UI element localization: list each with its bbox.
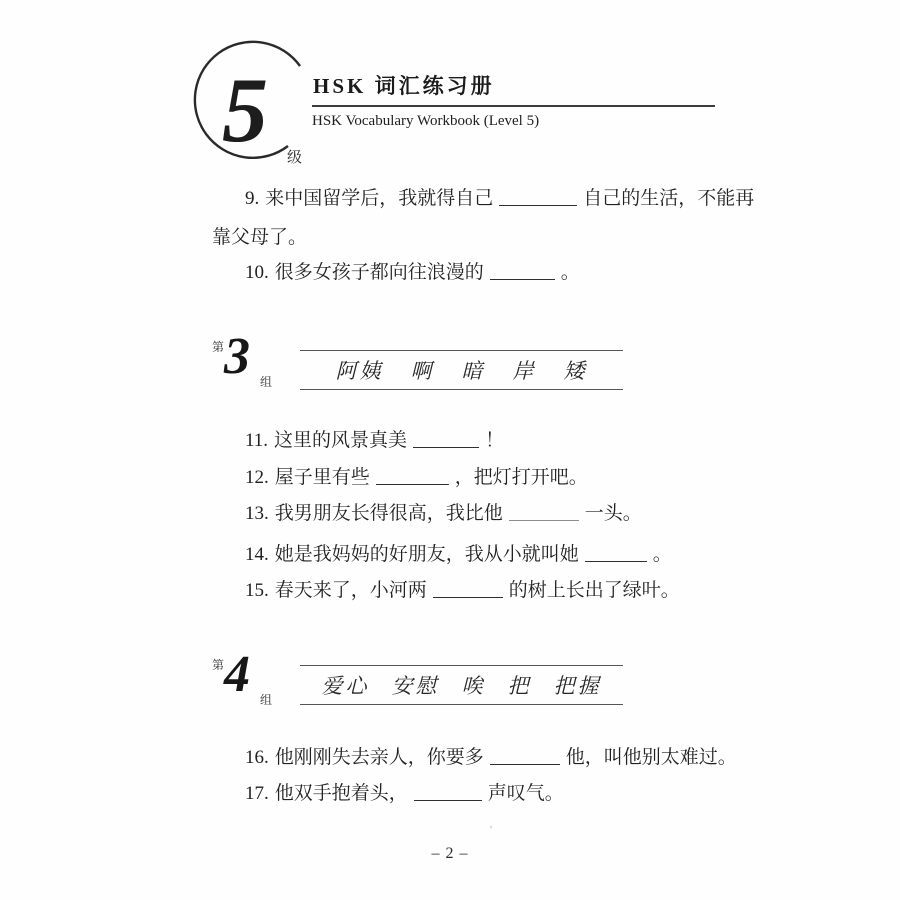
- exercise-item-13: 13.我男朋友长得很高，我比他一头。: [245, 500, 642, 527]
- fill-in-blank: [414, 799, 482, 801]
- page-title: HSK 词汇练习册: [313, 76, 495, 97]
- word-bank-group-4: 爱心 安慰 唉 把 把握: [300, 665, 623, 705]
- exercise-item-12: 12.屋子里有些，把灯打开吧。: [245, 464, 588, 491]
- item-text: ，把灯打开吧。: [455, 467, 588, 488]
- item-text: 来中国留学后，我就得自己: [265, 188, 493, 209]
- item-number: 13.: [245, 503, 269, 524]
- group-header-3: 第 3 组: [212, 336, 276, 394]
- exercise-item-9-continuation: 靠父母了。: [212, 224, 307, 251]
- vocab-word: 岸: [513, 355, 537, 385]
- exercise-item-15: 15.春天来了，小河两的树上长出了绿叶。: [245, 577, 680, 604]
- item-text: 我男朋友长得很高，我比他: [275, 503, 503, 524]
- workbook-page: 5 级 HSK 词汇练习册 HSK Vocabulary Workbook (L…: [0, 0, 900, 900]
- group-suffix: 组: [260, 373, 272, 390]
- vocab-word: 暗: [462, 355, 486, 385]
- vocab-word: 啊: [411, 355, 435, 385]
- fill-in-blank: [509, 519, 579, 521]
- exercise-item-16: 16.他刚刚失去亲人，你要多他，叫他别太难过。: [245, 744, 737, 771]
- word-bank-group-3: 阿姨 啊 暗 岸 矮: [300, 350, 623, 390]
- item-text: 这里的风景真美: [274, 430, 407, 451]
- item-text: 很多女孩子都向往浪漫的: [275, 262, 484, 283]
- logo-number: 5: [222, 59, 268, 161]
- logo-level-char: 级: [287, 149, 302, 166]
- item-text: 屋子里有些: [275, 467, 370, 488]
- fill-in-blank: [490, 763, 560, 765]
- exercise-item-9: 9.来中国留学后，我就得自己自己的生活，不能再: [245, 185, 754, 212]
- fill-in-blank: [490, 278, 555, 280]
- fill-in-blank: [499, 204, 577, 206]
- item-number: 10.: [245, 262, 269, 283]
- group-suffix: 组: [260, 691, 272, 708]
- vocab-word: 爱心: [322, 670, 370, 700]
- item-number: 11.: [245, 430, 268, 451]
- item-text: 春天来了，小河两: [275, 580, 427, 601]
- vocab-word: 安慰: [392, 670, 440, 700]
- group-prefix: 第: [212, 656, 224, 673]
- group-prefix: 第: [212, 338, 224, 355]
- item-text: 他刚刚失去亲人，你要多: [275, 747, 484, 768]
- item-text: 。: [653, 544, 672, 565]
- item-text: 他双手抱着头，: [275, 783, 408, 804]
- exercise-item-10: 10.很多女孩子都向往浪漫的。: [245, 259, 580, 286]
- item-text: 自己的生活，不能再: [583, 188, 754, 209]
- vocab-word: 唉: [462, 670, 486, 700]
- item-number: 9.: [245, 188, 259, 209]
- level-5-logo: 5 级: [190, 40, 332, 168]
- header-rule: [312, 105, 715, 107]
- item-number: 15.: [245, 580, 269, 601]
- item-number: 14.: [245, 544, 269, 565]
- item-text: 。: [561, 262, 580, 283]
- fill-in-blank: [585, 560, 647, 562]
- exercise-item-14: 14.她是我妈妈的好朋友，我从小就叫她。: [245, 541, 672, 568]
- group-header-4: 第 4 组: [212, 654, 276, 712]
- item-number: 17.: [245, 783, 269, 804]
- vocab-word: 把: [508, 670, 532, 700]
- exercise-item-11: 11.这里的风景真美！: [245, 427, 504, 454]
- vocab-word: 阿姨: [336, 355, 384, 385]
- fill-in-blank: [376, 483, 449, 485]
- group-number: 3: [224, 328, 250, 385]
- item-text: 他，叫他别太难过。: [566, 747, 737, 768]
- item-text: ！: [485, 430, 504, 451]
- item-text: 她是我妈妈的好朋友，我从小就叫她: [275, 544, 579, 565]
- item-text: 的树上长出了绿叶。: [509, 580, 680, 601]
- scan-speck: ': [490, 824, 492, 836]
- fill-in-blank: [433, 596, 503, 598]
- vocab-word: 把握: [554, 670, 602, 700]
- exercise-item-17: 17.他双手抱着头，声叹气。: [245, 780, 564, 807]
- page-subtitle: HSK Vocabulary Workbook (Level 5): [312, 112, 539, 130]
- fill-in-blank: [413, 446, 479, 448]
- item-number: 16.: [245, 747, 269, 768]
- item-number: 12.: [245, 467, 269, 488]
- group-number: 4: [224, 646, 250, 703]
- vocab-word: 矮: [564, 355, 588, 385]
- item-text: 声叹气。: [488, 783, 564, 804]
- item-text: 一头。: [585, 503, 642, 524]
- page-number: – 2 –: [0, 845, 900, 863]
